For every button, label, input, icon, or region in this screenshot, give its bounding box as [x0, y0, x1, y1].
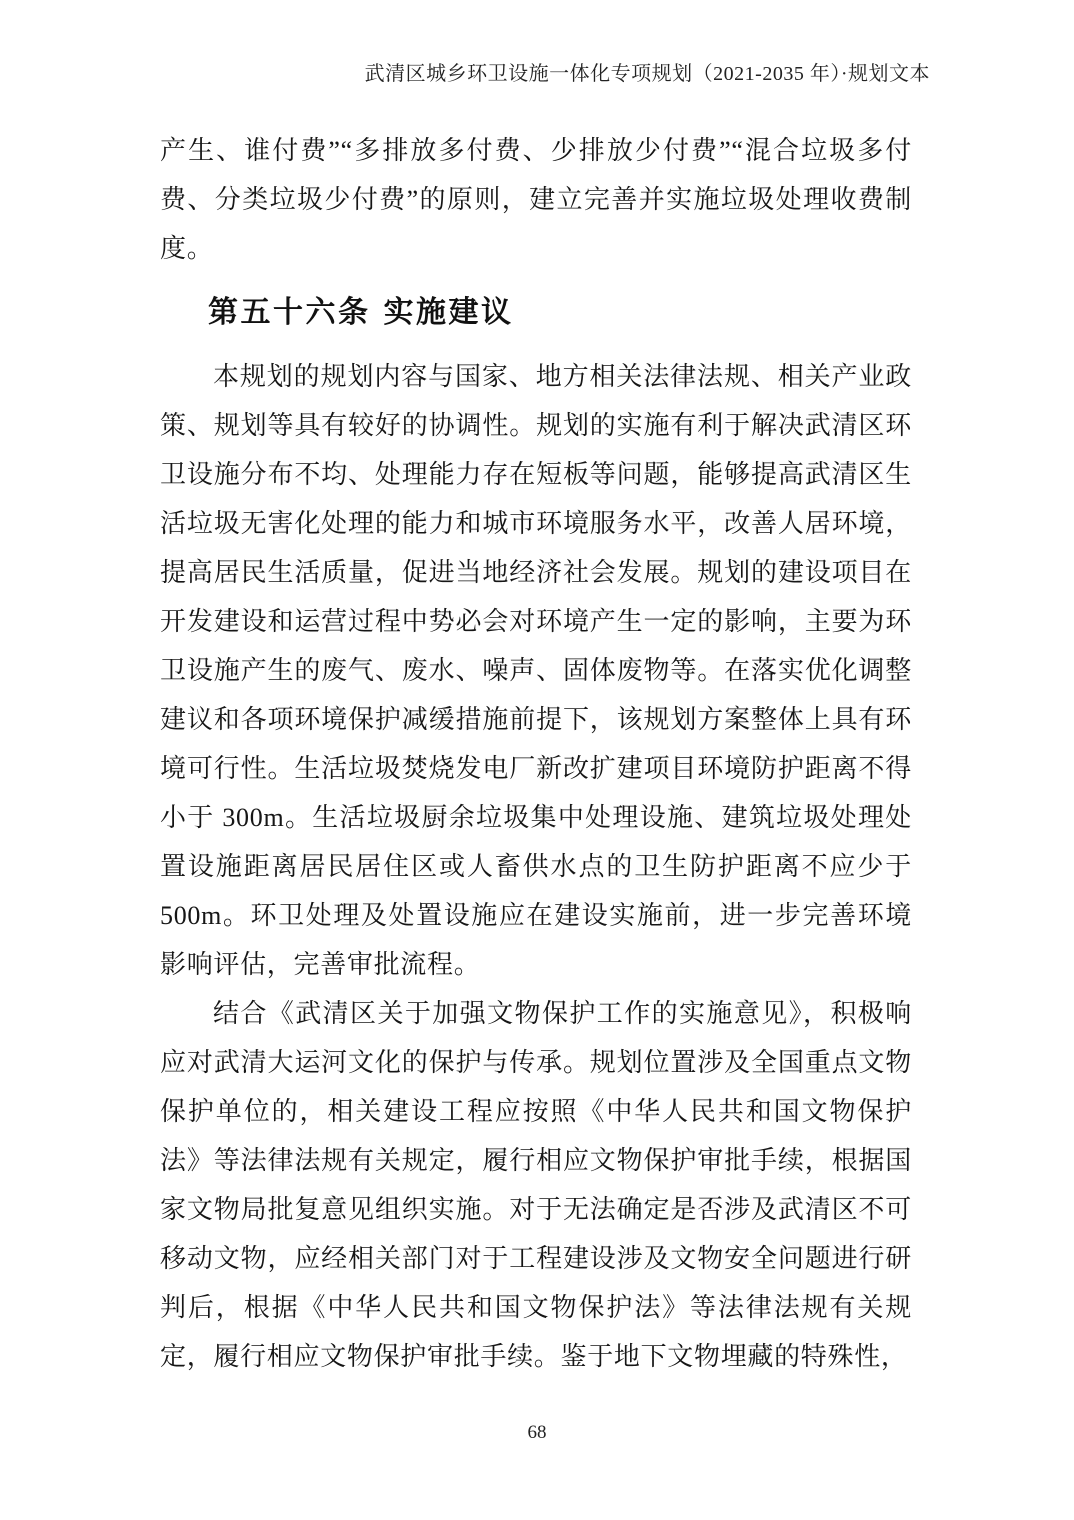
section-heading-title: 实施建议 [384, 296, 514, 329]
document-page: 武清区城乡环卫设施一体化专项规划（2021-2035 年）·规划文本 产生、谁付… [0, 0, 1074, 1520]
paragraph-cultural-relics: 结合《武清区关于加强文物保护工作的实施意见》，积极响应对武清大运河文化的保护与传… [160, 989, 912, 1381]
paragraph-continuation: 产生、谁付费”“多排放多付费、少排放少付费”“混合垃圾多付费、分类垃圾少付费”的… [160, 126, 912, 273]
document-body: 产生、谁付费”“多排放多付费、少排放少付费”“混合垃圾多付费、分类垃圾少付费”的… [160, 126, 912, 1381]
section-heading-number: 第五十六条 [208, 296, 371, 329]
page-number: 68 [528, 1422, 547, 1443]
header-title: 武清区城乡环卫设施一体化专项规划（2021-2035 年）·规划文本 [365, 63, 930, 85]
page-footer: 68 [0, 1421, 1074, 1445]
page-header: 武清区城乡环卫设施一体化专项规划（2021-2035 年）·规划文本 [150, 62, 930, 86]
section-heading: 第五十六条实施建议 [208, 292, 912, 334]
paragraph-coordination-environment: 本规划的规划内容与国家、地方相关法律法规、相关产业政策、规划等具有较好的协调性。… [160, 352, 912, 989]
